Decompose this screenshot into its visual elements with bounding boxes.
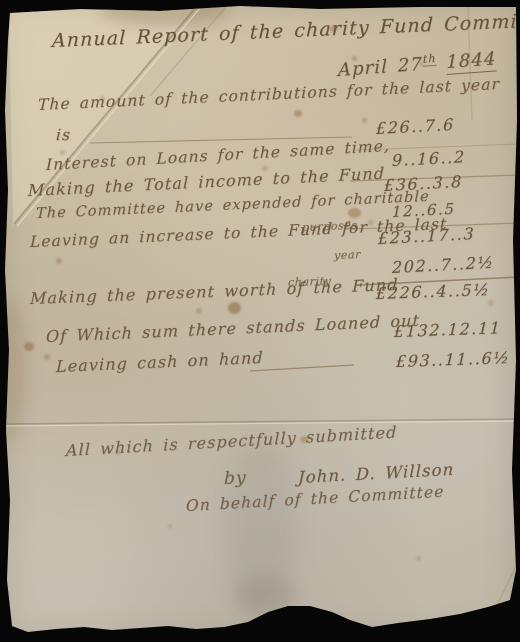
ledger-row-amount: £226..4..5½ [376, 280, 491, 303]
ledger-row-amount: £93..11..6½ [396, 348, 511, 371]
scan-background: Annual Report of the charity Fund Commit… [0, 0, 520, 642]
fold-crease-corner [480, 560, 519, 640]
closing-line-by: by [224, 468, 247, 489]
document-paper: Annual Report of the charity Fund Commit… [0, 0, 520, 642]
interline-note: charity [288, 274, 332, 289]
date-year: 1844 [446, 48, 496, 75]
interline-note: year [334, 248, 361, 262]
ledger-row-text: is [55, 126, 71, 144]
ledger-row-amount: 9..16..2 [392, 147, 466, 170]
ledger-row-amount: £132.12.11 [394, 318, 502, 341]
ink-rule-hand-dash [250, 365, 354, 371]
date-superscript: th [423, 52, 437, 67]
